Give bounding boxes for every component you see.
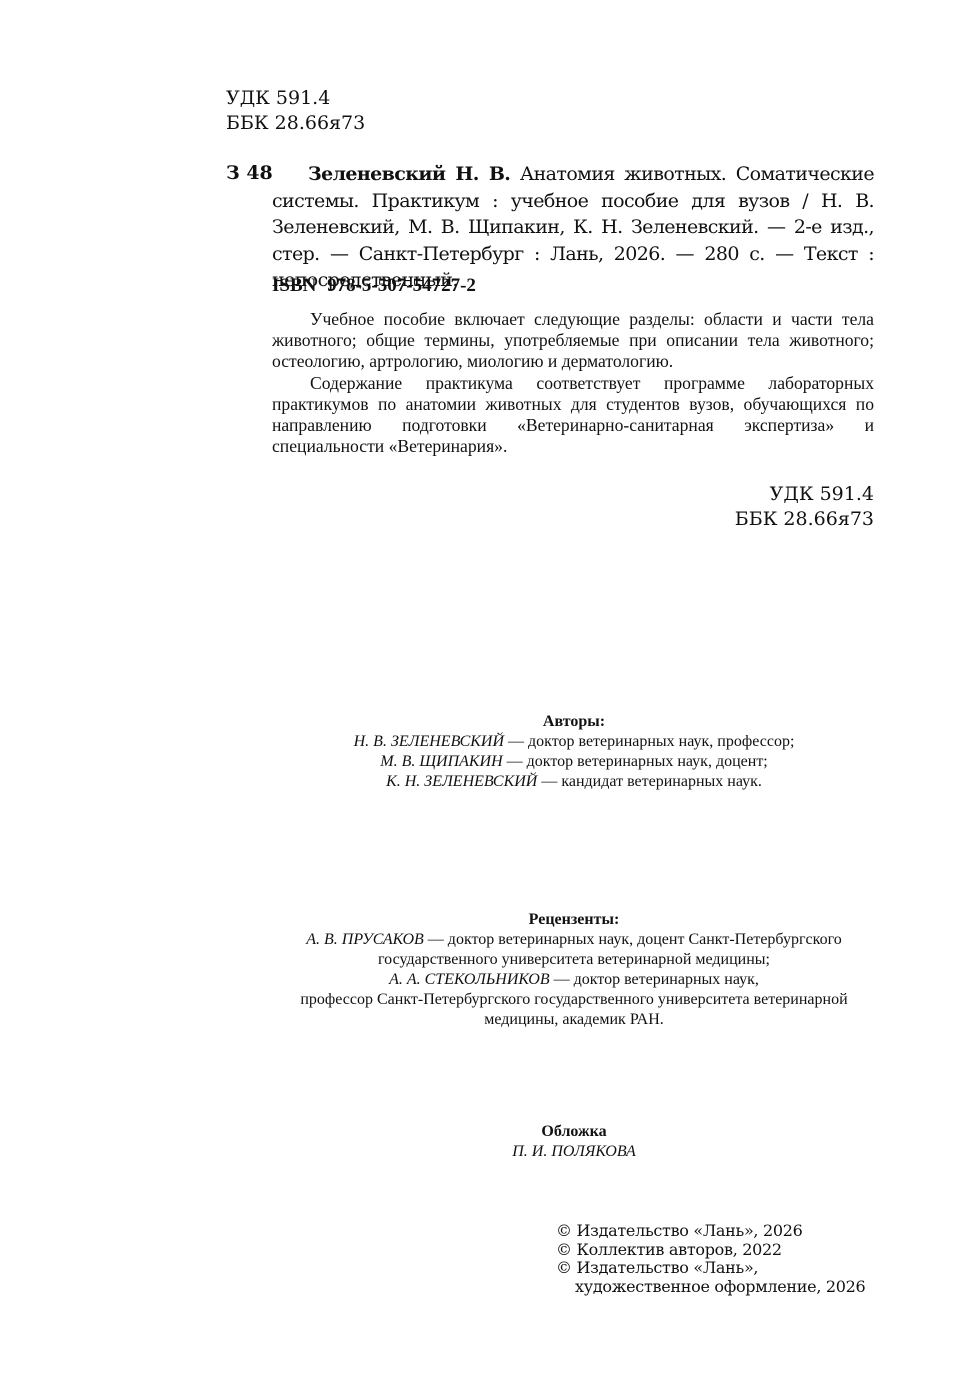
annotation-paragraph: Содержание практикума соответствует прог… bbox=[272, 373, 874, 458]
copyright-line: © Издательство «Лань», 2026 bbox=[556, 1222, 865, 1241]
udk-bbk-top: УДК 591.4 ББК 28.66я73 bbox=[226, 86, 365, 136]
reviewer-entry: А. А. СТЕКОЛЬНИКОВ — доктор ветеринарных… bbox=[224, 970, 924, 990]
cover-designer: П. И. ПОЛЯКОВА bbox=[512, 1143, 636, 1160]
authors-heading: Авторы: bbox=[224, 712, 924, 732]
author-sign: З 48 bbox=[226, 161, 273, 186]
bbk-code: ББК 28.66я73 bbox=[735, 507, 874, 532]
copyright-line: © Издательство «Лань», bbox=[556, 1259, 865, 1278]
annotation-paragraph: Учебное пособие включает следующие разде… bbox=[272, 309, 874, 373]
reviewer-desc-cont: государственного университета ветеринарн… bbox=[224, 950, 924, 970]
bbk-code: ББК 28.66я73 bbox=[226, 111, 365, 136]
reviewer-desc-cont: профессор Санкт-Петербургского государст… bbox=[224, 990, 924, 1010]
author-name: К. Н. ЗЕЛЕНЕВСКИЙ bbox=[386, 773, 537, 790]
udk-bbk-bottom: УДК 591.4 ББК 28.66я73 bbox=[735, 482, 874, 532]
udk-code: УДК 591.4 bbox=[226, 86, 365, 111]
cover-section: Обложка П. И. ПОЛЯКОВА bbox=[224, 1122, 924, 1162]
annotation: Учебное пособие включает следующие разде… bbox=[272, 309, 874, 457]
reviewers-section: Рецензенты: А. В. ПРУСАКОВ — доктор вете… bbox=[224, 910, 924, 1030]
author-desc: — доктор ветеринарных наук, доцент; bbox=[503, 753, 768, 770]
author-desc: — доктор ветеринарных наук, профессор; bbox=[504, 733, 794, 750]
reviewer-desc: — доктор ветеринарных наук, доцент Санкт… bbox=[424, 931, 842, 948]
author-desc: — кандидат ветеринарных наук. bbox=[537, 773, 762, 790]
copyright-line: художественное оформление, 2026 bbox=[556, 1278, 865, 1297]
cover-heading: Обложка bbox=[224, 1122, 924, 1142]
author-name: Н. В. ЗЕЛЕНЕВСКИЙ bbox=[354, 733, 504, 750]
udk-code: УДК 591.4 bbox=[735, 482, 874, 507]
reviewer-desc-cont: медицины, академик РАН. bbox=[224, 1010, 924, 1030]
reviewer-desc: — доктор ветеринарных наук, bbox=[550, 971, 759, 988]
copyright-block: © Издательство «Лань», 2026 © Коллектив … bbox=[556, 1222, 865, 1296]
author-entry: Н. В. ЗЕЛЕНЕВСКИЙ — доктор ветеринарных … bbox=[224, 732, 924, 752]
bib-author: Зеленевский Н. В. bbox=[308, 163, 510, 185]
authors-section: Авторы: Н. В. ЗЕЛЕНЕВСКИЙ — доктор ветер… bbox=[224, 712, 924, 792]
author-name: М. В. ЩИПАКИН bbox=[380, 753, 502, 770]
reviewer-name: А. В. ПРУСАКОВ bbox=[306, 931, 424, 948]
author-entry: К. Н. ЗЕЛЕНЕВСКИЙ — кандидат ветеринарны… bbox=[224, 772, 924, 792]
reviewers-heading: Рецензенты: bbox=[224, 910, 924, 930]
copyright-line: © Коллектив авторов, 2022 bbox=[556, 1241, 865, 1260]
isbn: ISBN 978-5-507-54727-2 bbox=[272, 273, 476, 298]
reviewer-name: А. А. СТЕКОЛЬНИКОВ bbox=[389, 971, 550, 988]
reviewer-entry: А. В. ПРУСАКОВ — доктор ветеринарных нау… bbox=[224, 930, 924, 950]
author-entry: М. В. ЩИПАКИН — доктор ветеринарных наук… bbox=[224, 752, 924, 772]
